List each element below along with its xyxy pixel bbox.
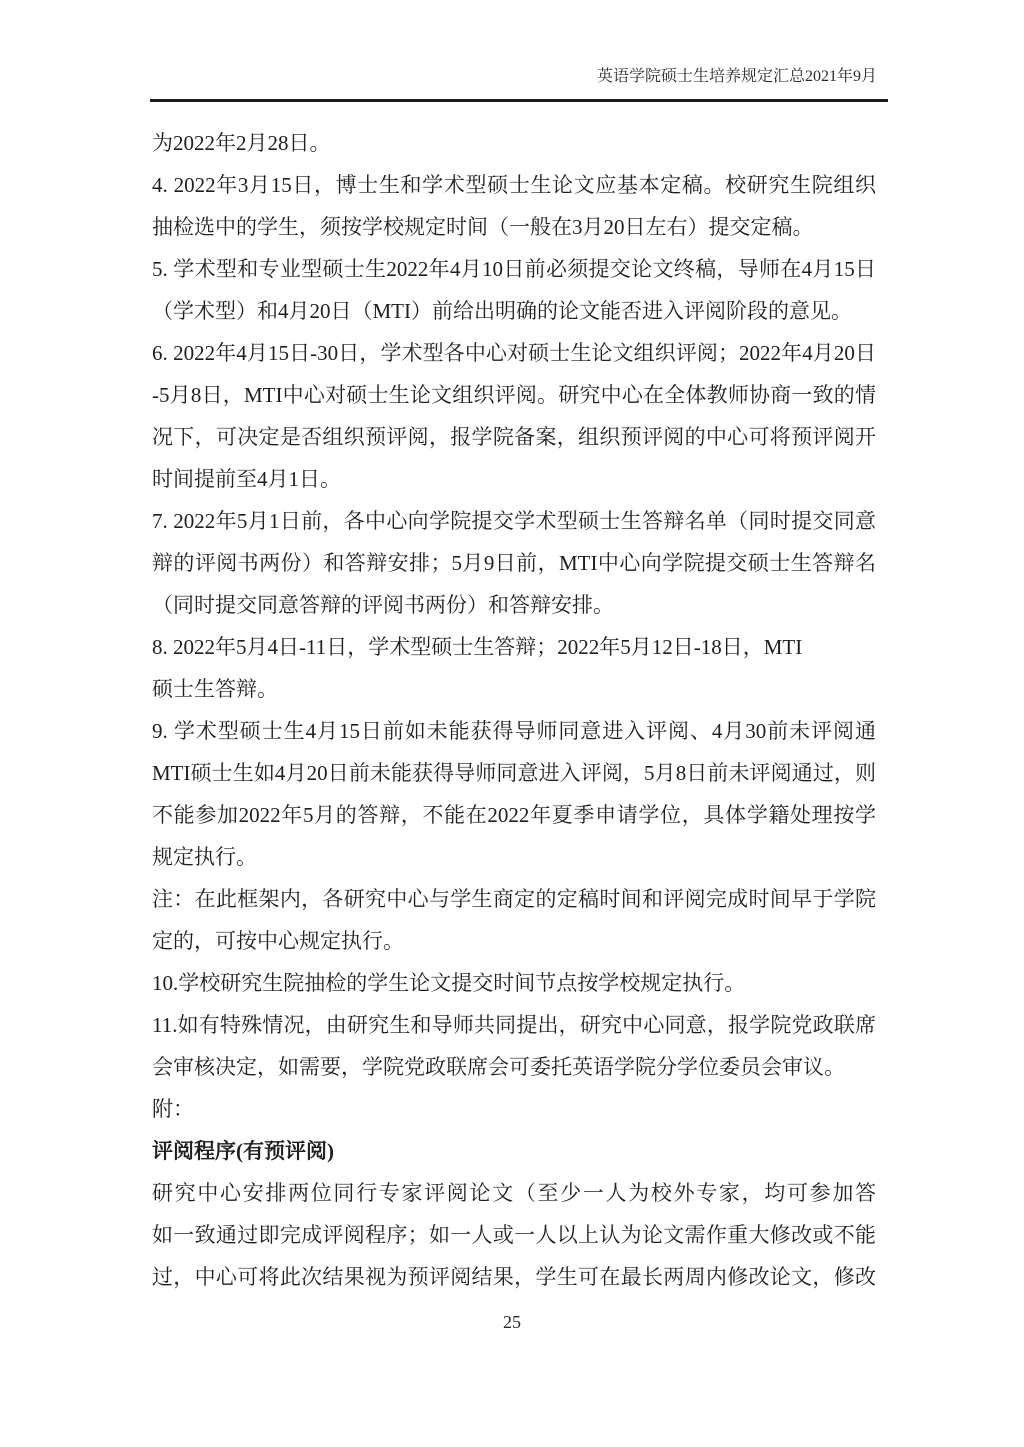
text-line: 定的，可按中心规定执行。 (152, 920, 876, 962)
text-line: 会审核决定，如需要，学院党政联席会可委托英语学院分学位委员会审议。 (152, 1046, 876, 1088)
text-line: （学术型）和4月20日（MTI）前给出明确的论文能否进入评阅阶段的意见。 (152, 290, 876, 332)
header-divider (150, 99, 888, 102)
text-line: 10.学校研究生院抽检的学生论文提交时间节点按学校规定执行。 (152, 962, 876, 1004)
text-line: 过，中心可将此次结果视为预评阅结果，学生可在最长两周内修改论文，修改稿 (152, 1256, 876, 1298)
text-line: 况下，可决定是否组织预评阅，报学院备案，组织预评阅的中心可将预评阅开始 (152, 416, 876, 458)
text-line: 硕士生答辩。 (152, 668, 876, 710)
text-line: 为2022年2月28日。 (152, 122, 876, 164)
text-line: 注：在此框架内，各研究中心与学生商定的定稿时间和评阅完成时间早于学院规 (152, 878, 876, 920)
text-line: 研究中心安排两位同行专家评阅论文（至少一人为校外专家，均可参加答辩）， (152, 1172, 876, 1214)
text-line: 抽检选中的学生，须按学校规定时间（一般在3月20日左右）提交定稿。 (152, 206, 876, 248)
text-line: 评阅程序(有预评阅) (152, 1130, 876, 1172)
text-line: 6. 2022年4月15日-30日，学术型各中心对硕士生论文组织评阅；2022年… (152, 332, 876, 374)
document-body: 为2022年2月28日。4. 2022年3月15日，博士生和学术型硕士生论文应基… (152, 122, 876, 1298)
text-line: 9. 学术型硕士生4月15日前如未能获得导师同意进入评阅、4月30前未评阅通过， (152, 710, 876, 752)
text-line: 4. 2022年3月15日，博士生和学术型硕士生论文应基本定稿。校研究生院组织的 (152, 164, 876, 206)
page-number: 25 (0, 1312, 1024, 1333)
page-header-text: 英语学院硕士生培养规定汇总2021年9月 (597, 66, 877, 88)
text-line: 辩的评阅书两份）和答辩安排；5月9日前，MTI中心向学院提交硕士生答辩名单 (152, 542, 876, 584)
text-line: 规定执行。 (152, 836, 876, 878)
text-line: 7. 2022年5月1日前，各中心向学院提交学术型硕士生答辩名单（同时提交同意答 (152, 500, 876, 542)
text-line: -5月8日，MTI中心对硕士生论文组织评阅。研究中心在全体教师协商一致的情 (152, 374, 876, 416)
text-line: 11.如有特殊情况，由研究生和导师共同提出，研究中心同意，报学院党政联席 (152, 1004, 876, 1046)
text-line: 不能参加2022年5月的答辩，不能在2022年夏季申请学位，具体学籍处理按学校 (152, 794, 876, 836)
text-line: （同时提交同意答辩的评阅书两份）和答辩安排。 (152, 584, 876, 626)
text-line: 8. 2022年5月4日-11日，学术型硕士生答辩；2022年5月12日-18日… (152, 626, 876, 668)
text-line: 附： (152, 1088, 876, 1130)
text-line: 时间提前至4月1日。 (152, 458, 876, 500)
document-page: 英语学院硕士生培养规定汇总2021年9月 为2022年2月28日。4. 2022… (0, 0, 1024, 1447)
text-line: MTI硕士生如4月20日前未能获得导师同意进入评阅，5月8日前未评阅通过，则 (152, 752, 876, 794)
text-line: 5. 学术型和专业型硕士生2022年4月10日前必须提交论文终稿，导师在4月15… (152, 248, 876, 290)
text-line: 如一致通过即完成评阅程序；如一人或一人以上认为论文需作重大修改或不能通 (152, 1214, 876, 1256)
